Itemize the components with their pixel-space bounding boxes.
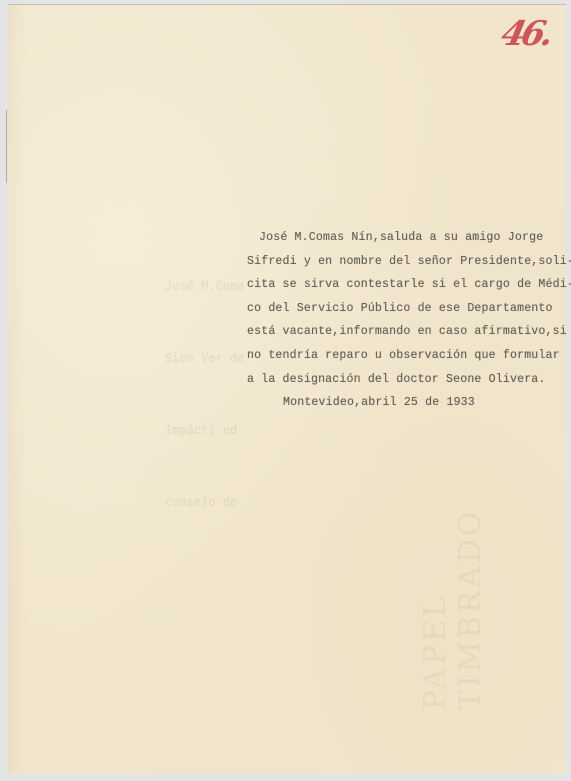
letter-line: no tendría reparo u observación que form… xyxy=(247,344,567,368)
watermark: PAPEL TIMBRADO xyxy=(418,440,448,710)
bleed-line: Sien Ver de xyxy=(165,346,244,370)
bleed-line: José M.Coma xyxy=(165,274,244,298)
left-edge-mark xyxy=(6,110,7,165)
bleed-line: Impácti ed xyxy=(165,418,244,442)
letter-line: a la designación del doctor Seone Oliver… xyxy=(247,368,567,392)
folio-number: 46. xyxy=(498,14,554,54)
letter-line: José M.Comas Nín,saluda a su amigo Jorge xyxy=(247,226,567,250)
date-line: Montevideo,abril 25 de 1933 xyxy=(247,391,567,415)
typed-letter: José M.Comas Nín,saluda a su amigo Jorge… xyxy=(247,226,567,415)
bleed-through-text: José M.Coma Sien Ver de Impácti ed conse… xyxy=(165,226,244,538)
letter-line: co del Servicio Público de ese Departame… xyxy=(247,297,567,321)
left-edge-mark xyxy=(6,165,7,183)
bleed-line: consejo de xyxy=(165,490,244,514)
letter-line: cita se sirva contestarle si el cargo de… xyxy=(247,273,567,297)
letter-line: está vacante,informando en caso afirmati… xyxy=(247,320,567,344)
letter-line: Sifredi y en nombre del señor Presidente… xyxy=(247,250,567,274)
